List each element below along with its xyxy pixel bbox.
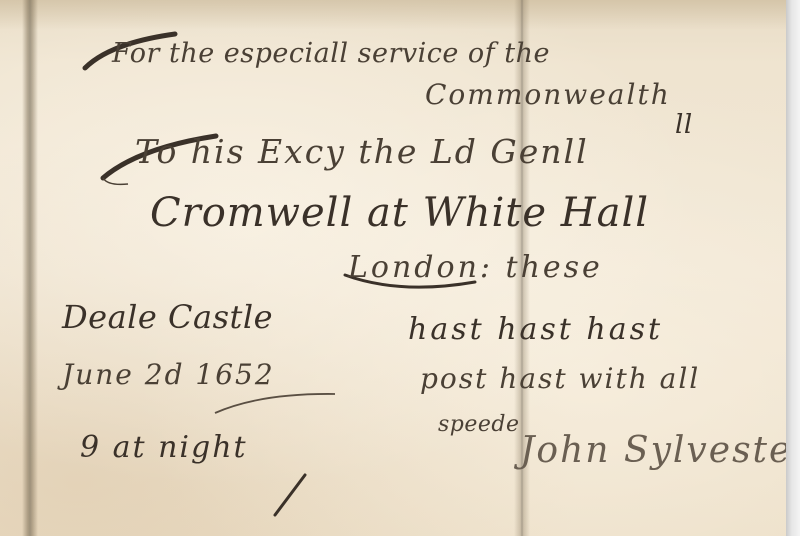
flourish-date-underline	[210, 388, 340, 418]
flourish-night-stroke	[270, 470, 310, 520]
paper-stain	[0, 0, 786, 30]
signature: John Sylvester	[520, 430, 800, 471]
address-line-1: For the especiall service of the	[112, 38, 550, 69]
dateline-date: June 2d 1652	[62, 358, 275, 391]
address-line-4: Cromwell at White Hall	[150, 190, 649, 236]
dateline-place: Deale Castle	[62, 298, 273, 336]
page-margin	[786, 0, 800, 536]
letter-paper: For the especiall service of the Commonw…	[0, 0, 786, 536]
address-line-5: London: these	[348, 250, 603, 285]
fold-line-left	[22, 0, 38, 536]
address-line-2: Commonwealth	[425, 78, 671, 111]
address-superscript: ll	[675, 110, 693, 140]
address-line-3: To his Excy the Ld Genll	[135, 132, 589, 171]
postal-direction-line-1: hast hast hast	[408, 312, 663, 347]
postal-direction-line-2: post hast with all	[420, 362, 700, 395]
postal-direction-line-3: speede	[438, 412, 520, 437]
dateline-time: 9 at night	[80, 430, 248, 465]
